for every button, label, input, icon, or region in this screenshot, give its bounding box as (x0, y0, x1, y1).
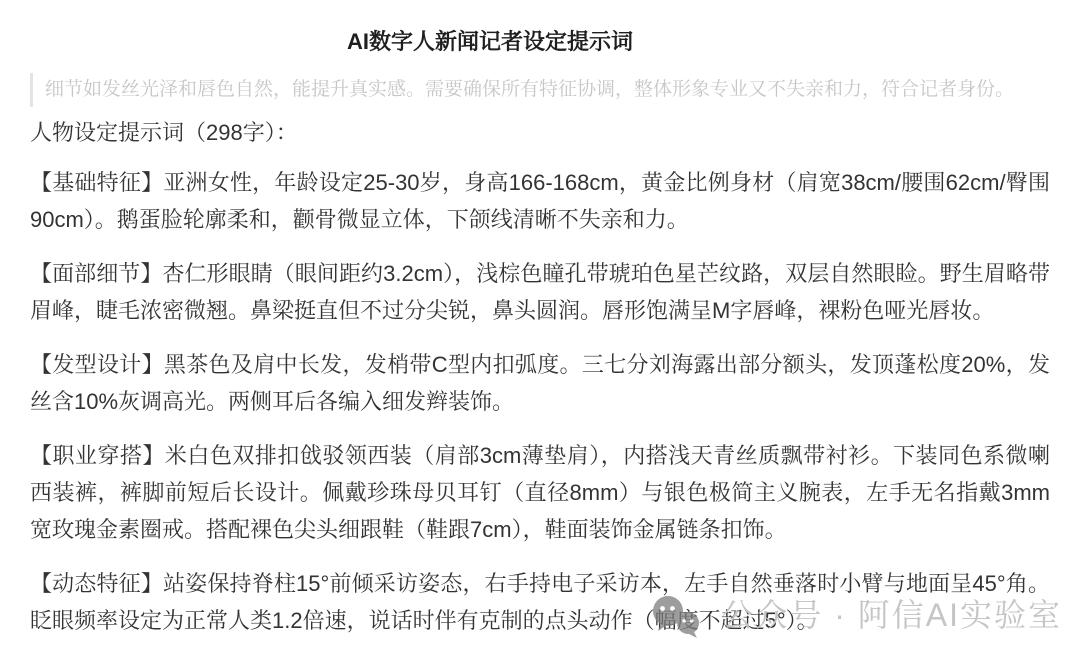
paragraph-text: 站姿保持脊柱15°前倾采访姿态，右手持电子采访本，左手自然垂落时小臂与地面呈45… (30, 571, 1050, 633)
paragraph-label: 【职业穿搭】 (30, 443, 165, 468)
paragraph-text: 杏仁形眼睛（眼间距约3.2cm），浅棕色瞳孔带琥珀色星芒纹路，双层自然眼睑。野生… (30, 261, 1050, 323)
intro-line: 人物设定提示词（298字）： (30, 119, 1050, 147)
paragraph-text: 黑茶色及肩中长发，发梢带C型内扣弧度。三七分刘海露出部分额头，发顶蓬松度20%，… (30, 352, 1050, 414)
paragraph-face-details: 【面部细节】杏仁形眼睛（眼间距约3.2cm），浅棕色瞳孔带琥珀色星芒纹路，双层自… (30, 255, 1050, 329)
paragraph-label: 【基础特征】 (30, 170, 163, 195)
paragraph-hairstyle-design: 【发型设计】黑茶色及肩中长发，发梢带C型内扣弧度。三七分刘海露出部分额头，发顶蓬… (30, 346, 1050, 420)
paragraph-text: 米白色双排扣戗驳领西装（肩部3cm薄垫肩），内搭浅天青丝质飘带衬衫。下装同色系微… (30, 443, 1050, 542)
quote-block: 细节如发丝光泽和唇色自然，能提升真实感。需要确保所有特征协调，整体形象专业又不失… (30, 73, 1050, 107)
article-page: AI数字人新闻记者设定提示词 细节如发丝光泽和唇色自然，能提升真实感。需要确保所… (0, 0, 1080, 657)
quote-text: 细节如发丝光泽和唇色自然，能提升真实感。需要确保所有特征协调，整体形象专业又不失… (45, 79, 1014, 100)
page-title: AI数字人新闻记者设定提示词 (30, 0, 950, 57)
paragraph-professional-outfit: 【职业穿搭】米白色双排扣戗驳领西装（肩部3cm薄垫肩），内搭浅天青丝质飘带衬衫。… (30, 437, 1050, 548)
paragraph-text: 亚洲女性，年龄设定25-30岁，身高166-168cm，黄金比例身材（肩宽38c… (30, 170, 1050, 232)
paragraph-label: 【动态特征】 (30, 571, 163, 596)
paragraph-label: 【面部细节】 (30, 261, 162, 286)
paragraph-basic-features: 【基础特征】亚洲女性，年龄设定25-30岁，身高166-168cm，黄金比例身材… (30, 164, 1050, 238)
paragraph-dynamic-features: 【动态特征】站姿保持脊柱15°前倾采访姿态，右手持电子采访本，左手自然垂落时小臂… (30, 565, 1050, 639)
paragraph-label: 【发型设计】 (30, 352, 164, 377)
